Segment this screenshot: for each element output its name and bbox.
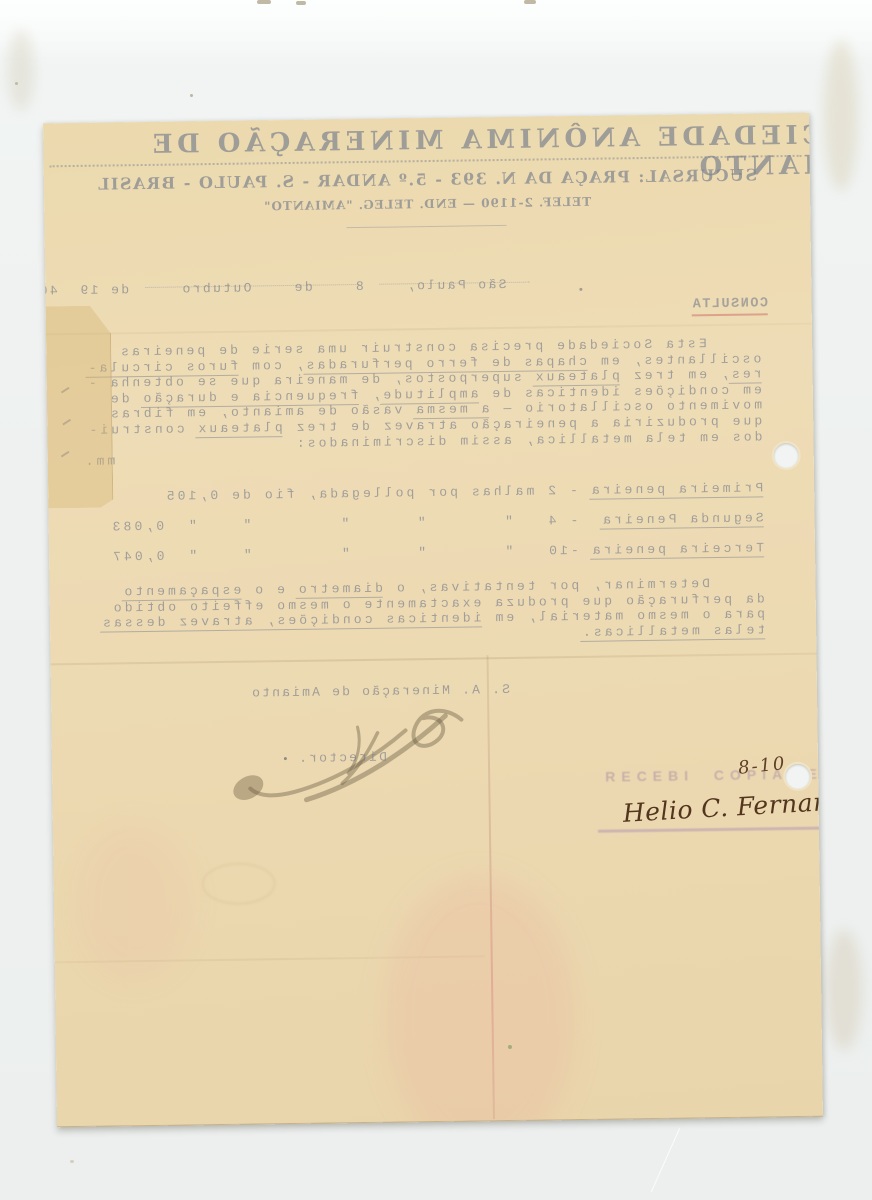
paper-speck xyxy=(579,288,582,291)
ring-stain xyxy=(201,862,276,905)
subject-heading-mirrored: CONSULTA xyxy=(676,293,782,312)
body-paragraph-1-mirrored: Esta Sociedade precisa construir uma ser… xyxy=(59,335,763,470)
signature-title-mirrored: Director. xyxy=(257,749,427,766)
fold-crease-middle xyxy=(51,653,817,666)
dust-speck xyxy=(70,1160,74,1163)
letterhead-phone-mirrored: TELEF. 2-1190 — END. TELEG. "AMIANTO" xyxy=(44,192,810,217)
scan-edge-mark xyxy=(296,1,306,5)
paper-speck xyxy=(284,757,287,760)
director-signature-flourish-bleedthrough xyxy=(209,685,479,809)
scan-edge-mark xyxy=(257,0,271,4)
scan-edge-mark xyxy=(524,0,536,4)
hole-punch-bottom xyxy=(785,764,810,789)
dust-speck xyxy=(15,82,18,85)
dateline-text: São Paulo, 8 de Outubro de 19 40 xyxy=(43,277,507,299)
margin-smudge xyxy=(824,40,858,190)
subject-text: CONSULTA xyxy=(691,296,768,316)
pink-blush-stain xyxy=(384,876,578,1127)
pink-blush-stain xyxy=(73,821,195,983)
hole-punch-top xyxy=(774,443,799,468)
letter-paper-verso: SOCIEDADE ANÔNIMA MINERAÇÃO DE AMIANTO S… xyxy=(43,113,823,1128)
body-paragraph-2-mirrored: Determinar, por tentativas, o diametro e… xyxy=(62,575,765,647)
margin-smudge xyxy=(8,30,34,110)
letterhead-short-rule xyxy=(347,225,507,228)
scanner-background-top xyxy=(0,0,872,60)
green-speck xyxy=(508,1045,512,1049)
tape-repair xyxy=(46,305,114,508)
recipient-signature: Helio C. Fernandes xyxy=(622,784,823,828)
scanner-scratch xyxy=(651,1128,680,1192)
dust-speck xyxy=(190,94,193,97)
sieve-table-mirrored: Primeira peneira - 2 malhas por pollegad… xyxy=(61,473,764,573)
margin-smudge xyxy=(826,930,862,1050)
